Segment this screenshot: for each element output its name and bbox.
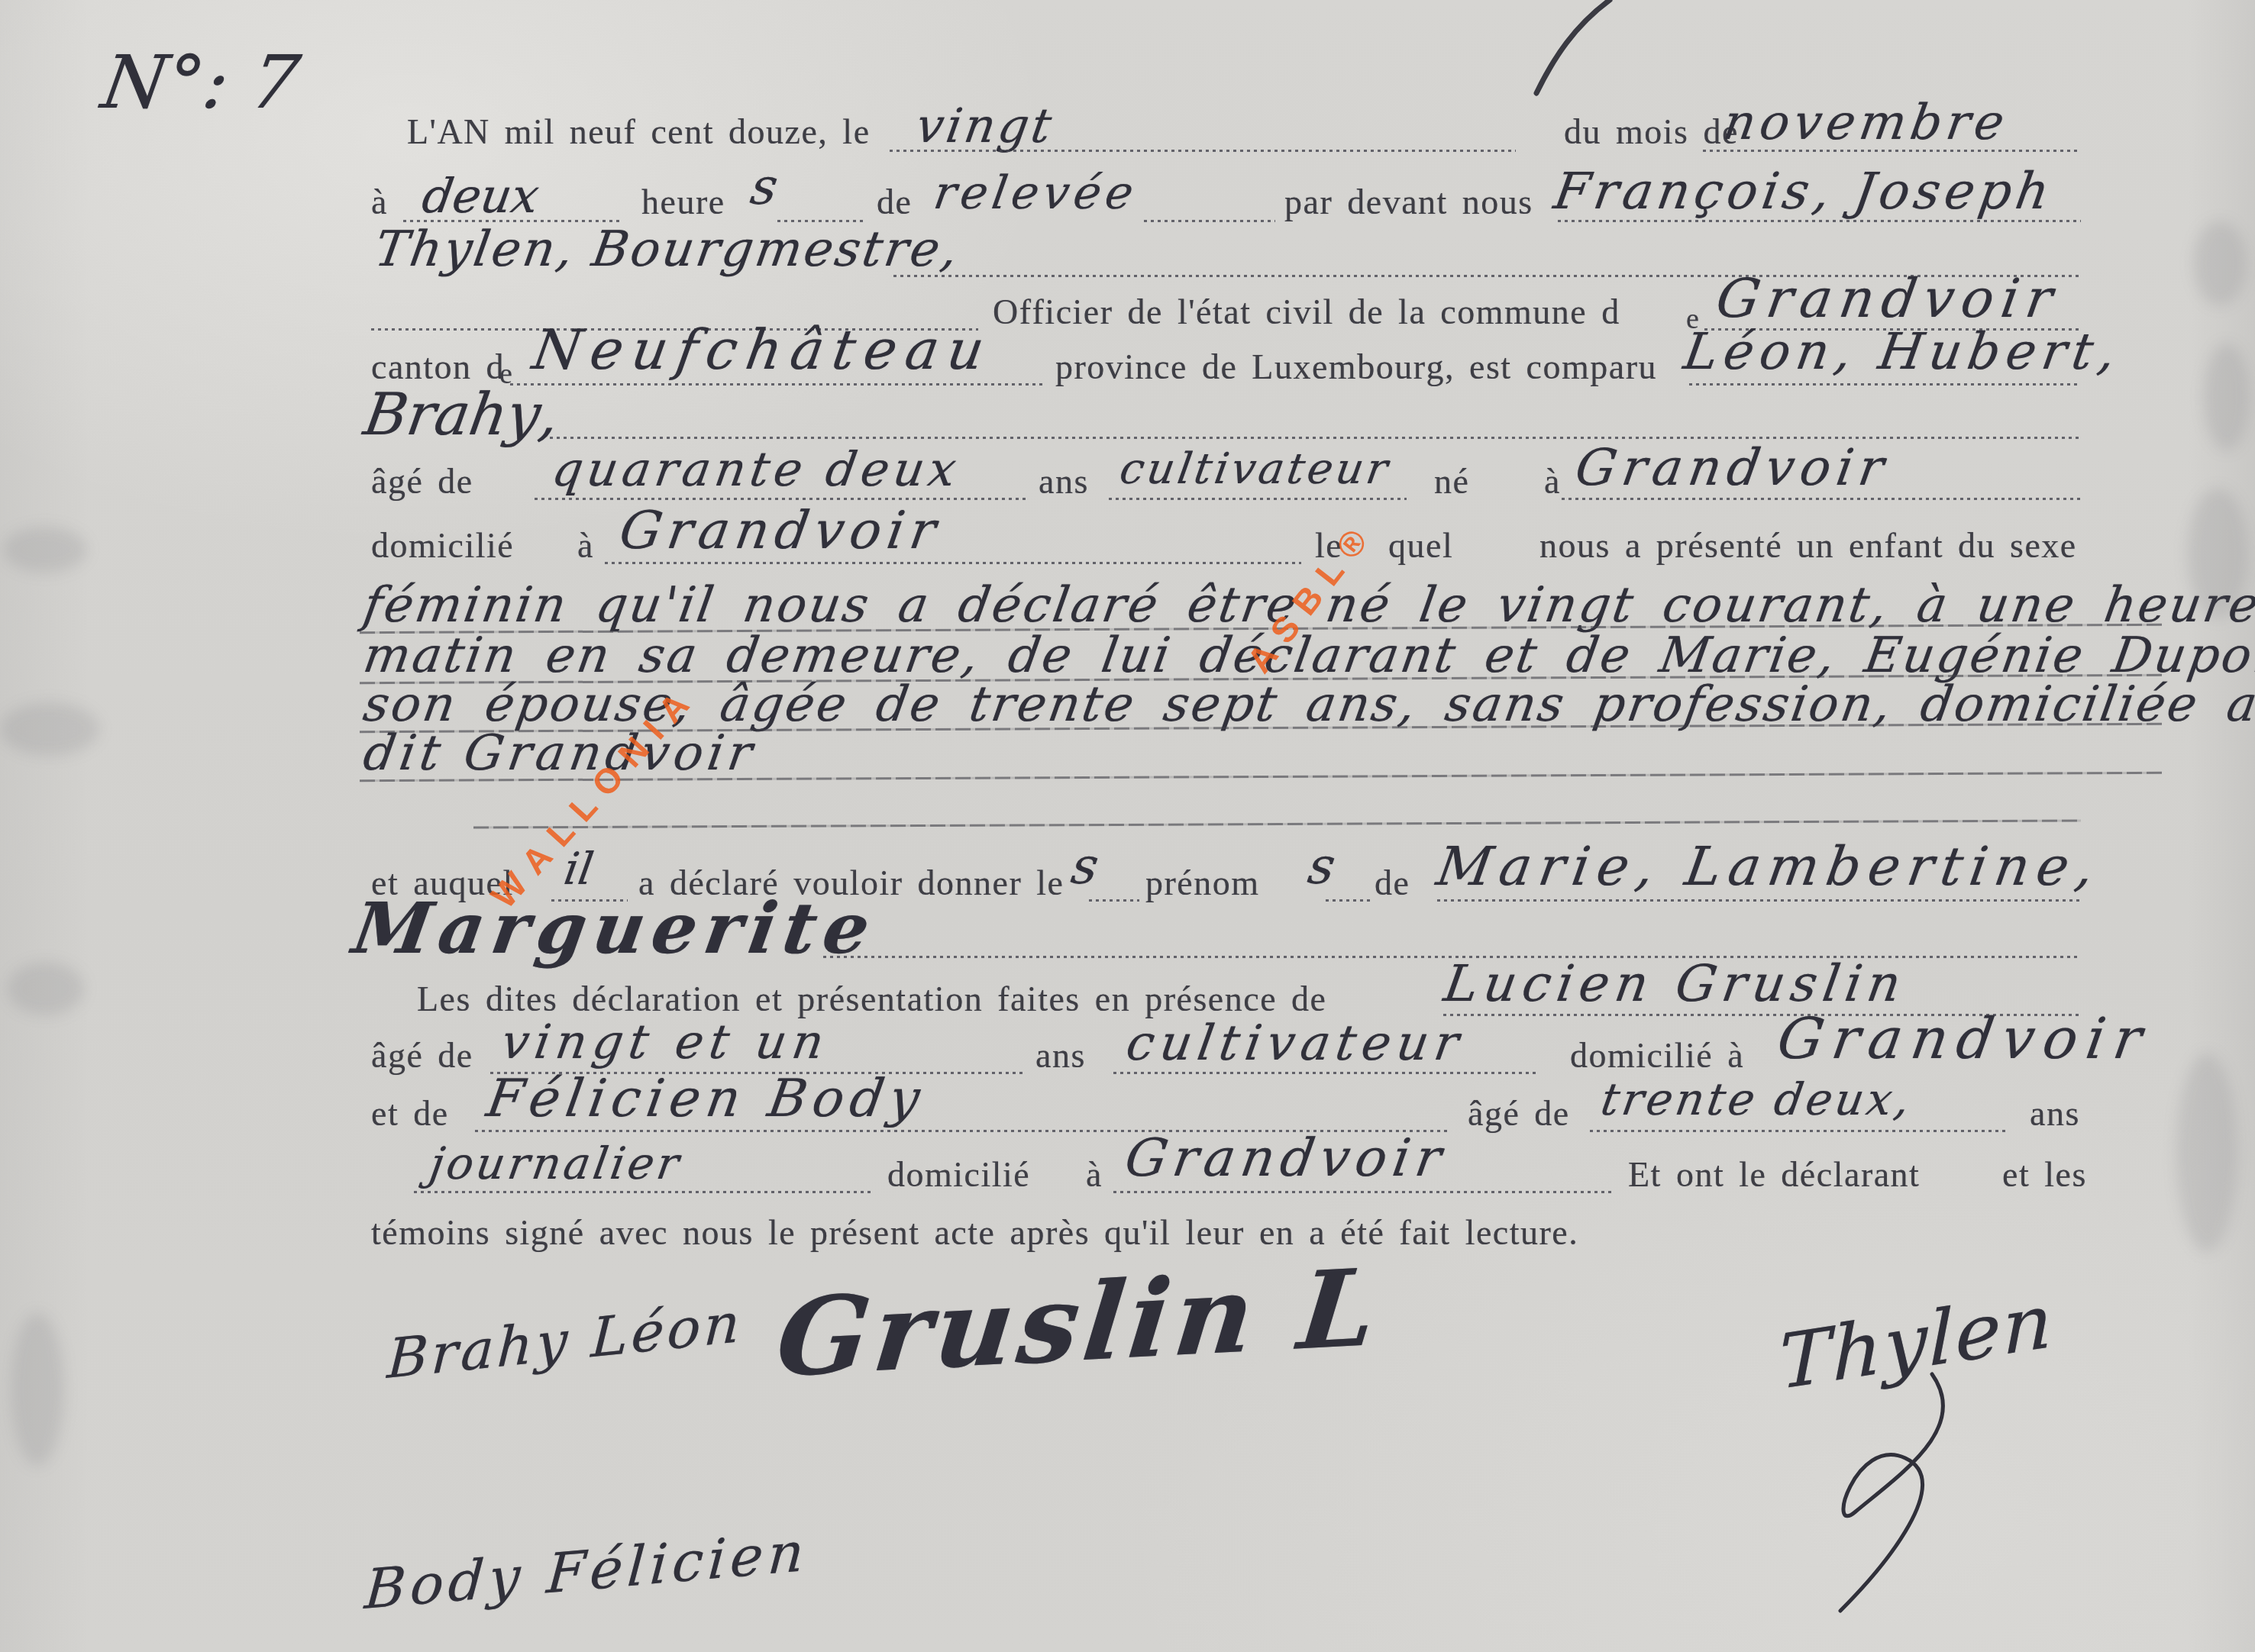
witness2-domicile-value: Grandvoir [1121,1128,1452,1189]
paper-smudge [2204,344,2250,450]
paper-smudge [2193,221,2247,305]
province-comparu-label: province de Luxembourg, est comparu [1055,347,1657,387]
ans-label: ans [2030,1093,2080,1134]
child-names-value: Marie, Lambertine, [1433,835,2106,898]
dotted-line [1689,383,2081,386]
witness2-age-value: trente deux, [1598,1073,1917,1125]
lequel-label-2: quel [1388,525,1453,566]
and-of-label: et de [371,1093,449,1134]
paper-smudge [2187,489,2248,618]
dotted-line [510,383,1045,386]
dotted-line [535,498,1029,500]
prenom-label: prénom [1145,863,1260,903]
act-number: N°: 7 [96,40,305,125]
domiciled-label: domicilié [371,525,514,566]
dotted-line [1562,498,2081,500]
signature-witness2: Body Félicien [363,1519,811,1621]
witness2-domicile-label: domicilié [887,1154,1030,1195]
declarant-firstnames-value: Léon, Hubert, [1680,322,2126,381]
birth-details-line-4: dit Grandvoir [360,725,761,782]
dotted-line [1144,220,1275,222]
ans-label: ans [1039,461,1089,502]
commune-value: Grandvoir [1712,267,2065,330]
dotted-line [1326,899,1370,902]
witness1-age-value: vingt et un [498,1014,834,1070]
signature-officer-flourish [1741,1366,2047,1618]
dotted-line [414,1191,872,1193]
time-period-value: relevée [930,166,1142,220]
et-ont-label: Et ont le déclarant [1628,1154,1920,1195]
declarant-surname-value: Brahy, [360,380,564,448]
et-les-label: et les [2002,1154,2087,1195]
age-label: âgé de [371,461,473,502]
at-label: à [577,525,594,566]
born-label: né [1434,461,1469,502]
lecture-label: témoins signé avec nous le présent acte … [371,1212,1578,1253]
dotted-line [605,562,1301,564]
month-value: novembre [1720,95,2013,151]
year-preamble-label: L'AN mil neuf cent douze, le [407,111,871,152]
witness2-age-label: âgé de [1468,1093,1570,1134]
canton-value: Neufchâteau [528,318,997,382]
hour-value: deux [418,168,543,224]
at-label: à [1544,461,1561,502]
witness1-age-label: âgé de [371,1035,473,1076]
witness2-profession-value: journalier [426,1137,686,1189]
dotted-line [1703,150,2081,152]
child-name-marguerite-value: Marguerite [347,887,883,970]
dotted-line [1113,1191,1611,1193]
dotted-line [1437,899,2081,902]
plural-s-value: s [1068,837,1103,895]
hour-article-label: à [371,182,388,222]
hour-plural-mark: s [747,157,782,216]
domicile-value: Grandvoir [615,501,946,561]
witness2-name-value: Félicien Body [483,1069,930,1129]
paper-smudge [8,962,84,1015]
de-label: de [1375,863,1410,903]
hours-label: heure [641,182,725,222]
dotted-line [1089,899,1139,902]
officer-name-title-value: Thylen, Bourgmestre, [371,221,964,278]
at-label: à [1086,1154,1103,1195]
birthplace-value: Grandvoir [1572,438,1894,497]
plural-s-value: s [1304,837,1339,895]
before-us-label: par devant nous [1284,182,1533,222]
dotted-line [1109,498,1407,500]
paper-smudge [0,702,99,756]
officer-firstnames-value: François, Joseph [1550,162,2058,221]
witness1-domicile-value: Grandvoir [1773,1006,2156,1072]
signature-declarant: Brahy Léon [386,1290,745,1391]
profession-value: cultivateur [1116,444,1394,494]
writing-rule [473,819,2081,828]
pen-stroke [1512,0,1665,99]
witness1-profession-value: cultivateur [1123,1015,1468,1072]
ans-label: ans [1035,1035,1086,1076]
dotted-line [890,150,1516,152]
age-value: quarante deux [548,441,964,497]
document-scan: N°: 7 L'AN mil neuf cent douze, le vingt… [0,0,2255,1652]
witness1-domicile-label: domicilié à [1570,1035,1744,1076]
dotted-line [1590,1130,2008,1132]
paper-smudge [3,527,87,573]
paper-smudge [2176,1053,2237,1252]
civil-officer-label: Officier de l'état civil de la commune d [993,292,1620,332]
paper-smudge [11,1313,64,1466]
day-value: vingt [913,98,1058,153]
dotted-line [1113,1072,1538,1074]
signature-witness1: Gruslin L [771,1245,1387,1402]
month-of-label: du mois de [1564,111,1739,152]
dotted-line [1558,220,2081,222]
witness1-name-value: Lucien Gruslin [1440,954,1911,1013]
presented-child-label: nous a présenté un enfant du sexe [1539,525,2077,566]
of-label: de [877,182,912,222]
